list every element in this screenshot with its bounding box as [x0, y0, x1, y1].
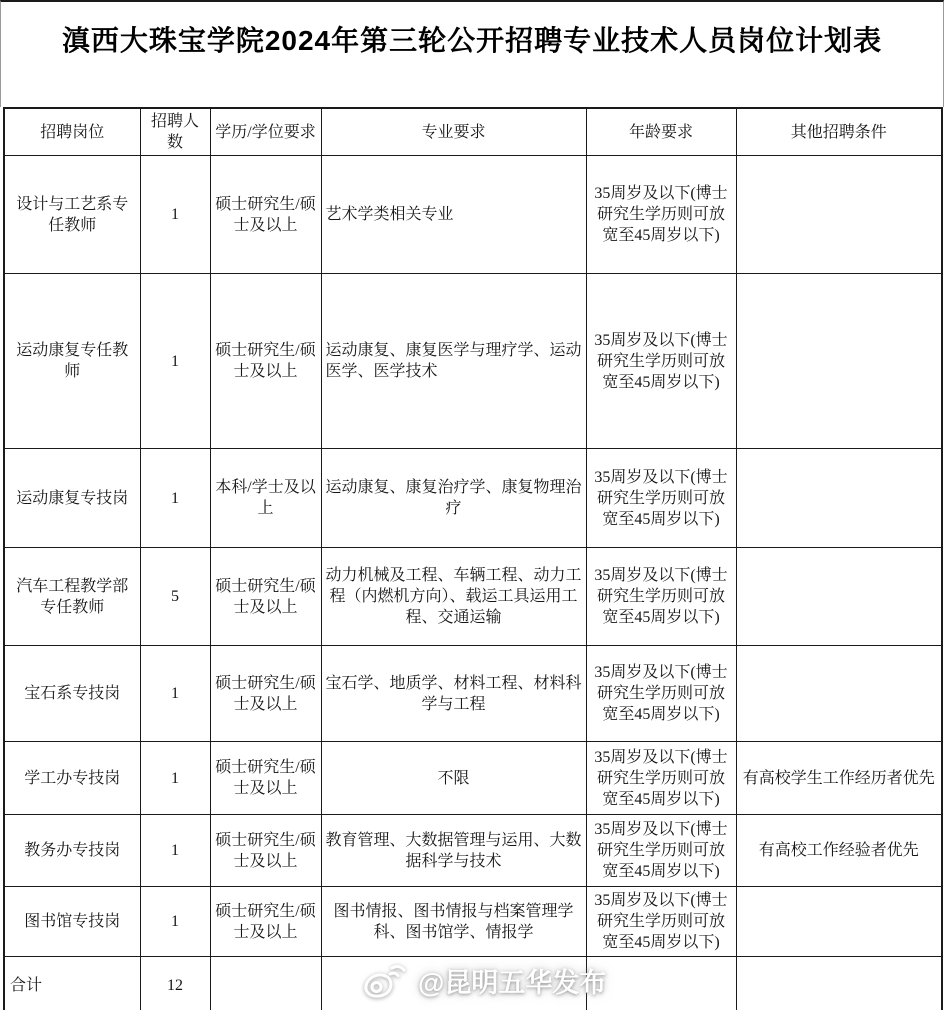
- cell-major: 动力机械及工程、车辆工程、动力工程（内燃机方向）、载运工具运用工程、交通运输: [321, 548, 586, 646]
- table-row: 宝石系专技岗 1 硕士研究生/硕士及以上 宝石学、地质学、材料工程、材料科学与工…: [4, 646, 942, 742]
- cell-other: [736, 887, 942, 957]
- cell-education: 硕士研究生/硕士及以上: [210, 646, 321, 742]
- cell-major: 不限: [321, 742, 586, 815]
- cell-age: 35周岁及以下(博士研究生学历则可放宽至45周岁以下): [586, 742, 736, 815]
- cell-age: 35周岁及以下(博士研究生学历则可放宽至45周岁以下): [586, 548, 736, 646]
- cell-count: 1: [140, 274, 210, 449]
- cell-education: 硕士研究生/硕士及以上: [210, 887, 321, 957]
- cell-position: 学工办专技岗: [4, 742, 140, 815]
- col-header-major: 专业要求: [321, 108, 586, 156]
- col-header-position: 招聘岗位: [4, 108, 140, 156]
- cell-position: 运动康复专技岗: [4, 449, 140, 548]
- cell-other: 有高校学生工作经历者优先: [736, 742, 942, 815]
- cell-education: 硕士研究生/硕士及以上: [210, 156, 321, 274]
- cell-other: [736, 449, 942, 548]
- cell-age: 35周岁及以下(博士研究生学历则可放宽至45周岁以下): [586, 815, 736, 887]
- cell-count: 1: [140, 156, 210, 274]
- table-row: 运动康复专技岗 1 本科/学士及以上 运动康复、康复治疗学、康复物理治疗 35周…: [4, 449, 942, 548]
- cell-education: 硕士研究生/硕士及以上: [210, 274, 321, 449]
- cell-count: 1: [140, 742, 210, 815]
- cell-count: 1: [140, 449, 210, 548]
- cell-position: 运动康复专任教师: [4, 274, 140, 449]
- table-row: 汽车工程教学部专任教师 5 硕士研究生/硕士及以上 动力机械及工程、车辆工程、动…: [4, 548, 942, 646]
- table-row: 教务办专技岗 1 硕士研究生/硕士及以上 教育管理、大数据管理与运用、大数据科学…: [4, 815, 942, 887]
- col-header-other: 其他招聘条件: [736, 108, 942, 156]
- cell-position: 设计与工艺系专任教师: [4, 156, 140, 274]
- col-header-education: 学历/学位要求: [210, 108, 321, 156]
- cell-position: 教务办专技岗: [4, 815, 140, 887]
- table-row: 设计与工艺系专任教师 1 硕士研究生/硕士及以上 艺术学类相关专业 35周岁及以…: [4, 156, 942, 274]
- title-block: 滇西大珠宝学院2024年第三轮公开招聘专业技术人员岗位计划表: [0, 0, 944, 107]
- table-row: 运动康复专任教师 1 硕士研究生/硕士及以上 运动康复、康复医学与理疗学、运动医…: [4, 274, 942, 449]
- cell-other: [736, 646, 942, 742]
- cell-age: 35周岁及以下(博士研究生学历则可放宽至45周岁以下): [586, 887, 736, 957]
- total-row: 合计 12: [4, 957, 942, 1010]
- cell-education: 硕士研究生/硕士及以上: [210, 815, 321, 887]
- cell-other: [736, 156, 942, 274]
- recruitment-plan-sheet: 滇西大珠宝学院2024年第三轮公开招聘专业技术人员岗位计划表 招聘岗位 招聘人数…: [0, 0, 944, 1010]
- cell-age: 35周岁及以下(博士研究生学历则可放宽至45周岁以下): [586, 646, 736, 742]
- cell-position: 图书馆专技岗: [4, 887, 140, 957]
- cell-count: 5: [140, 548, 210, 646]
- cell-position: 宝石系专技岗: [4, 646, 140, 742]
- header-row: 招聘岗位 招聘人数 学历/学位要求 专业要求 年龄要求 其他招聘条件: [4, 108, 942, 156]
- cell-education: 本科/学士及以上: [210, 449, 321, 548]
- cell-age: 35周岁及以下(博士研究生学历则可放宽至45周岁以下): [586, 156, 736, 274]
- cell-age: 35周岁及以下(博士研究生学历则可放宽至45周岁以下): [586, 274, 736, 449]
- cell-total-count: 12: [140, 957, 210, 1010]
- cell-major: 宝石学、地质学、材料工程、材料科学与工程: [321, 646, 586, 742]
- cell-age: 35周岁及以下(博士研究生学历则可放宽至45周岁以下): [586, 449, 736, 548]
- cell-other: [736, 957, 942, 1010]
- recruitment-table: 招聘岗位 招聘人数 学历/学位要求 专业要求 年龄要求 其他招聘条件 设计与工艺…: [3, 107, 943, 1010]
- cell-other: [736, 548, 942, 646]
- cell-major: 教育管理、大数据管理与运用、大数据科学与技术: [321, 815, 586, 887]
- page-title: 滇西大珠宝学院2024年第三轮公开招聘专业技术人员岗位计划表: [1, 19, 943, 59]
- cell-other: 有高校工作经验者优先: [736, 815, 942, 887]
- cell-other: [736, 274, 942, 449]
- cell-education: 硕士研究生/硕士及以上: [210, 548, 321, 646]
- cell-major: 艺术学类相关专业: [321, 156, 586, 274]
- cell-count: 1: [140, 646, 210, 742]
- cell-education: 硕士研究生/硕士及以上: [210, 742, 321, 815]
- cell-major: 运动康复、康复治疗学、康复物理治疗: [321, 449, 586, 548]
- cell-total-label: 合计: [4, 957, 140, 1010]
- cell-position: 汽车工程教学部专任教师: [4, 548, 140, 646]
- cell-count: 1: [140, 887, 210, 957]
- table-row: 图书馆专技岗 1 硕士研究生/硕士及以上 图书情报、图书情报与档案管理学科、图书…: [4, 887, 942, 957]
- col-header-age: 年龄要求: [586, 108, 736, 156]
- cell-age: [586, 957, 736, 1010]
- cell-count: 1: [140, 815, 210, 887]
- cell-education: [210, 957, 321, 1010]
- cell-major: [321, 957, 586, 1010]
- cell-major: 运动康复、康复医学与理疗学、运动医学、医学技术: [321, 274, 586, 449]
- table-row: 学工办专技岗 1 硕士研究生/硕士及以上 不限 35周岁及以下(博士研究生学历则…: [4, 742, 942, 815]
- col-header-count: 招聘人数: [140, 108, 210, 156]
- cell-major: 图书情报、图书情报与档案管理学科、图书馆学、情报学: [321, 887, 586, 957]
